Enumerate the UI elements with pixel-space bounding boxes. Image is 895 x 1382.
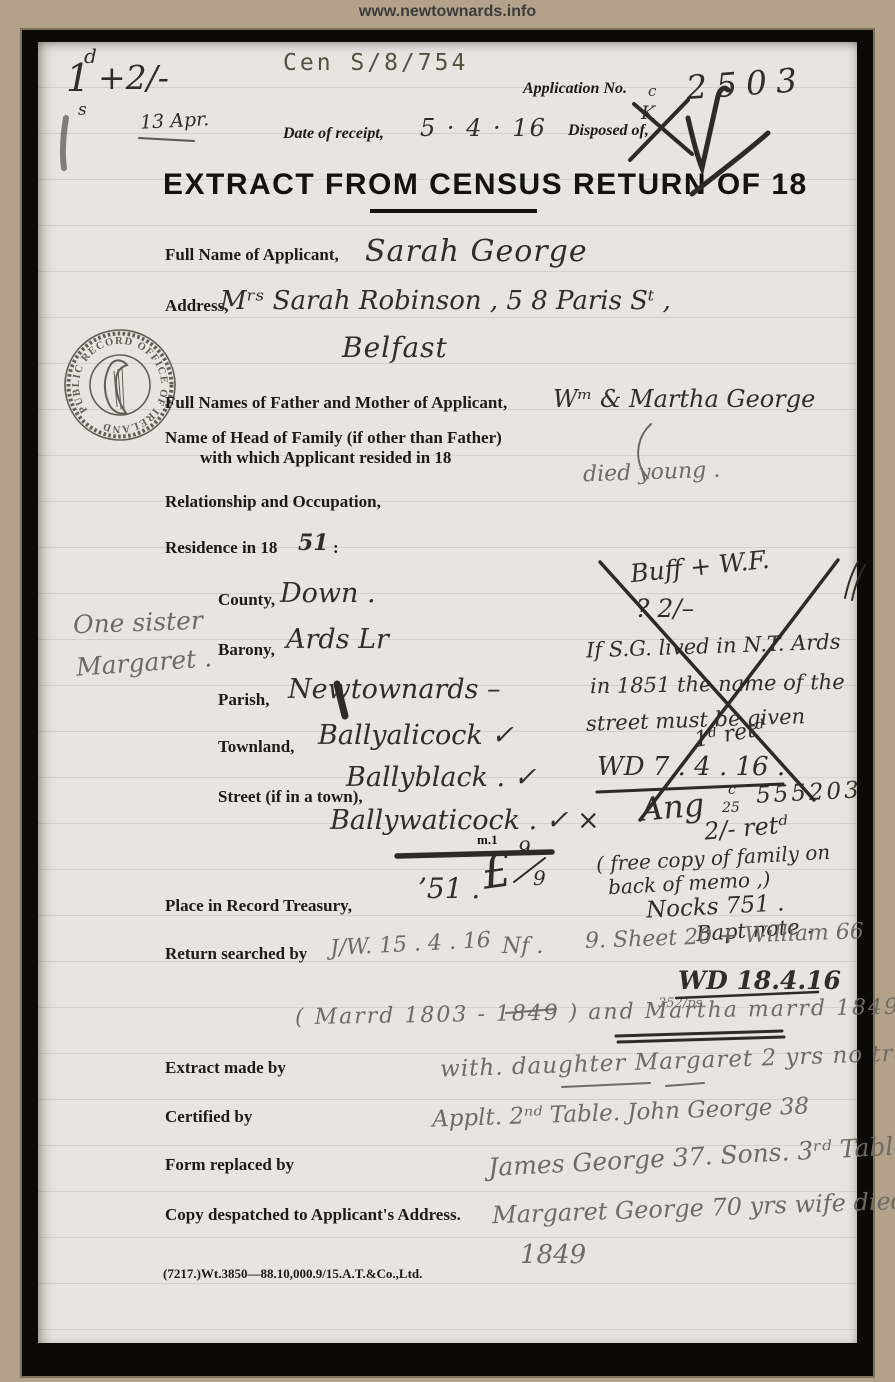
residence-year-value: 51 xyxy=(298,530,329,556)
treasury-fee-numerator: 9 xyxy=(518,836,531,860)
ang-frac-top: c xyxy=(728,782,736,798)
extract-made-by-label: Extract made by xyxy=(165,1058,286,1078)
crossed-note-line2: ? 2/– xyxy=(636,594,694,623)
residence-colon: : xyxy=(333,538,339,558)
crossed-note-line4: in 1851 the name of the xyxy=(590,670,845,698)
copy-despatched-label: Copy despatched to Applicant's Address. xyxy=(165,1205,461,1225)
barony-value: Ards Lr xyxy=(286,624,389,655)
site-header: www.newtownards.info xyxy=(0,3,895,21)
address-city-value: Belfast xyxy=(342,331,448,364)
title-underline xyxy=(370,209,537,213)
return-searched-label: Return searched by xyxy=(165,944,307,964)
fee-note-one: 1 xyxy=(66,56,90,100)
searched-wd-date: WD 18.4.16 xyxy=(678,966,841,995)
address-value: Mʳˢ Sarah Robinson , 5 8 Paris Sᵗ , xyxy=(220,286,671,316)
ang-note: Ang xyxy=(638,785,705,828)
full-name-value: Sarah George xyxy=(365,234,588,269)
full-name-label: Full Name of Applicant, xyxy=(165,245,339,265)
printer-reference: (7217.)Wt.3850—88.10,000.9/15.A.T.&Co.,L… xyxy=(163,1266,422,1282)
head-of-family-label-line1: Name of Head of Family (if other than Fa… xyxy=(165,428,502,448)
application-frac-top: c xyxy=(648,82,656,100)
form-replaced-by-label: Form replaced by xyxy=(165,1155,294,1175)
treasury-label: Place in Record Treasury, xyxy=(165,896,352,916)
relationship-label: Relationship and Occupation, xyxy=(165,492,381,512)
head-of-family-label-line2: with which Applicant resided in 18 xyxy=(200,448,451,468)
barony-label: Barony, xyxy=(218,640,275,660)
seal-ring-text: PUBLIC RECORD OFFICE OF IRELAND xyxy=(60,325,180,445)
treasury-value: ’51 . xyxy=(418,872,480,905)
ang-frac-bottom: 25 xyxy=(722,800,740,816)
fee-note-plus: +2/- xyxy=(98,58,169,97)
harp-icon xyxy=(105,360,127,413)
residence-label: Residence in 18 xyxy=(165,538,277,558)
disposed-of-label: Disposed of, xyxy=(568,122,649,140)
county-label: County, xyxy=(218,590,275,610)
county-value: Down . xyxy=(280,578,376,609)
margin-note-line1: One sister xyxy=(73,606,204,640)
parents-label: Full Names of Father and Mother of Appli… xyxy=(165,393,507,413)
application-no-label: Application No. xyxy=(523,80,627,98)
ang-number: 555203 xyxy=(755,777,862,809)
townland-value-2: Ballyblack . ✓ xyxy=(346,762,536,793)
date-of-receipt-label: Date of receipt, xyxy=(283,125,384,143)
application-no-value: 2503 xyxy=(685,60,807,107)
parish-label: Parish, xyxy=(218,690,269,710)
townland-label: Townland, xyxy=(218,737,294,757)
parents-value: Wᵐ & Martha George xyxy=(553,385,815,413)
searched-value-1b: Nf . xyxy=(502,934,543,959)
fee-note-date: 13 Apr. xyxy=(139,108,209,134)
certified-by-label: Certified by xyxy=(165,1107,252,1127)
address-label: Address, xyxy=(165,296,228,316)
street-value: Ballywaticock . ✓ × xyxy=(330,805,600,836)
date-of-receipt-value: 5 · 4 · 16 xyxy=(420,114,547,142)
census-reference-stamp: Cen S/8/754 xyxy=(283,50,468,76)
crossed-note-wd-date: WD 7 . 4 . 16 . xyxy=(597,752,785,782)
treasury-fee-denominator: 9 xyxy=(533,866,546,890)
townland-value: Ballyalicock ✓ xyxy=(318,720,514,751)
public-record-office-seal: PUBLIC RECORD OFFICE OF IRELAND xyxy=(60,325,180,445)
document-title: EXTRACT FROM CENSUS RETURN OF 18 xyxy=(163,168,808,202)
fee-note-s: s xyxy=(78,100,87,120)
street-label: Street (if in a town), xyxy=(218,787,363,807)
head-of-family-note: died young . xyxy=(583,458,721,488)
copy-despatched-value-2: 1849 xyxy=(520,1240,586,1270)
parish-value: Newtownards – xyxy=(288,674,501,705)
application-frac-bottom: K xyxy=(641,102,655,124)
svg-text:PUBLIC RECORD OFFICE OF IRELAN: PUBLIC RECORD OFFICE OF IRELAND xyxy=(60,325,180,445)
